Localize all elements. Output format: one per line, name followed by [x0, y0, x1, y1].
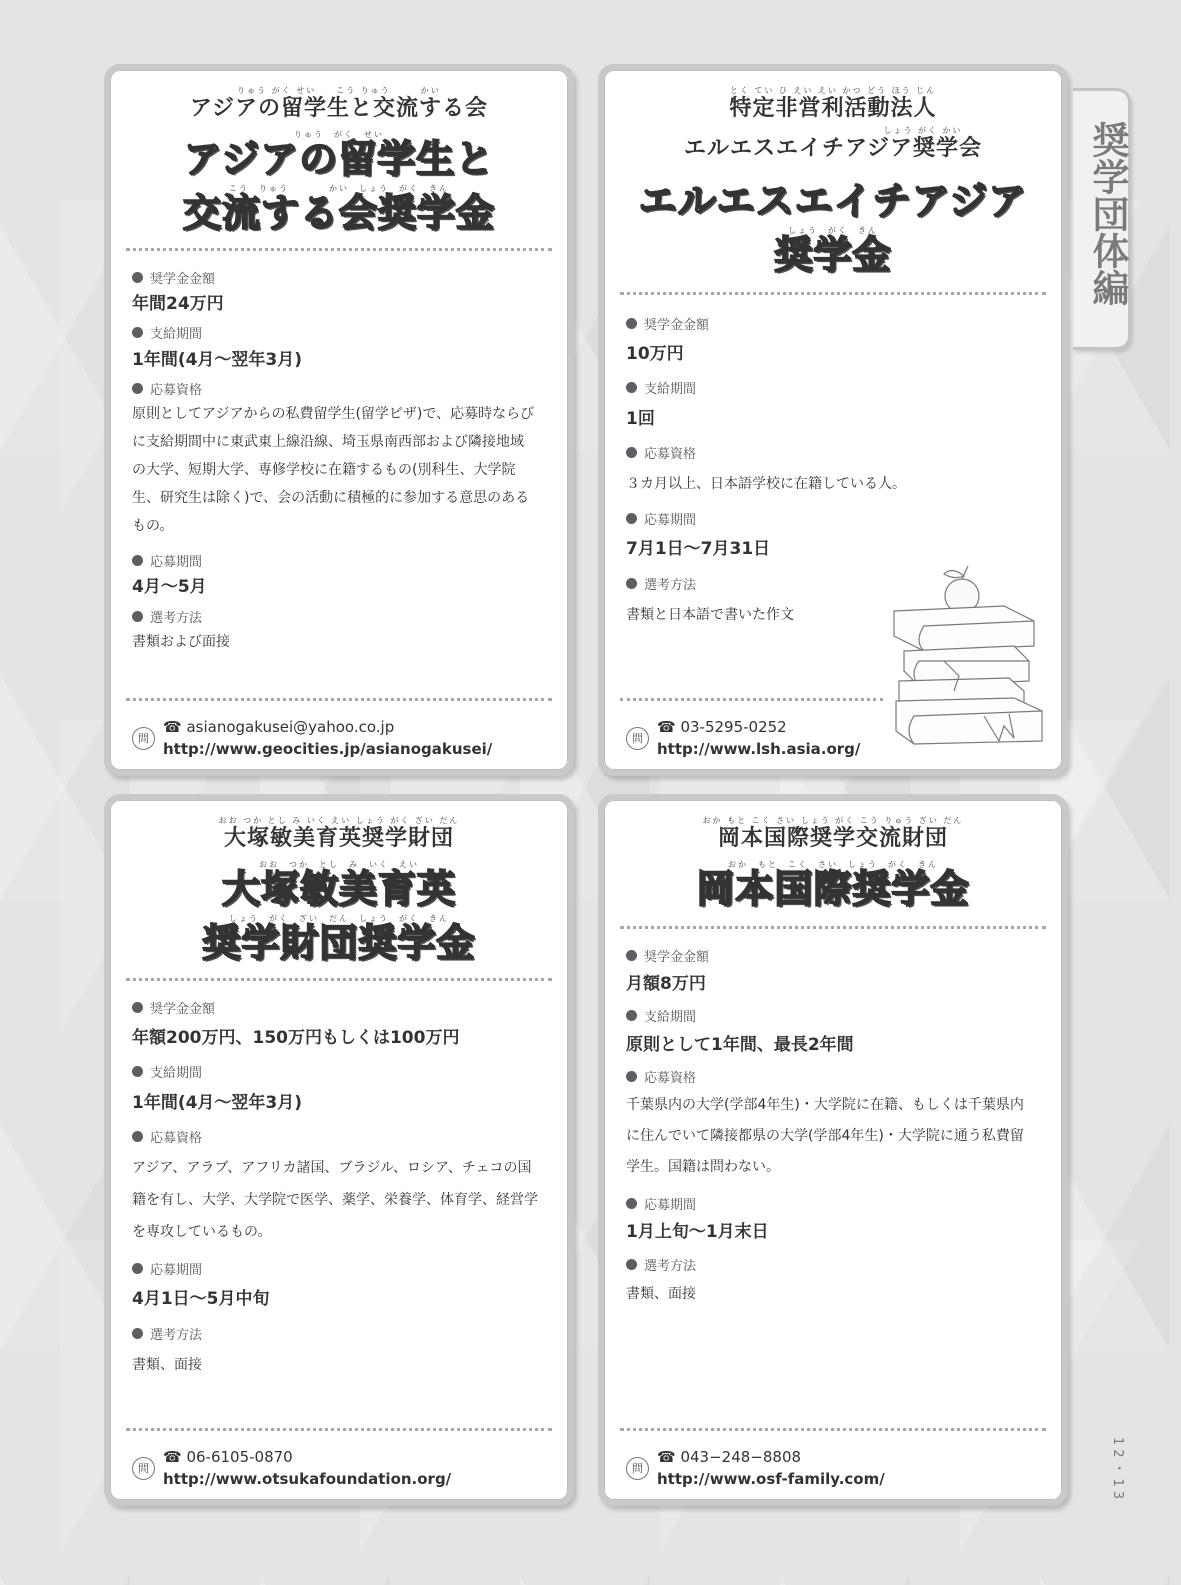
contact-phone[interactable]: ☎ 043−248−8808: [657, 1446, 885, 1468]
divider: [620, 926, 1046, 929]
bullet-icon: [626, 382, 637, 393]
contact-phone[interactable]: ☎ 06-6105-0870: [163, 1446, 451, 1468]
divider: [620, 292, 1046, 295]
period-value: 1回: [626, 398, 1040, 443]
bullet-icon: [626, 1071, 637, 1082]
scholarship-title: 岡本国際奨学金: [626, 870, 1040, 908]
bullet-icon: [626, 578, 637, 589]
bullet-icon: [132, 1328, 143, 1339]
contact-info: 問 ☎ 043−248−8808 http://www.osf-family.c…: [626, 1446, 1040, 1490]
amount-value: 年額200万円、150万円もしくは100万円: [132, 1017, 546, 1062]
bullet-icon: [132, 1263, 143, 1274]
org-name-line-1: 特定非営利活動法人: [626, 98, 1040, 120]
application-period-label: 応募期間: [132, 550, 546, 570]
eligibility-value: アジア、アラブ、アフリカ諸国、ブラジル、ロシア、チェコの国籍を有し、大学、大学院…: [132, 1146, 546, 1258]
contact-info: 問 ☎ asianogakusei@yahoo.co.jp http://www…: [132, 716, 546, 760]
website-link[interactable]: http://www.osf-family.com/: [657, 1468, 885, 1490]
inquiry-badge-icon: 問: [132, 727, 155, 750]
selection-label: 選考方法: [626, 1254, 1040, 1274]
bullet-icon: [626, 1010, 637, 1021]
phone-icon: ☎: [657, 718, 676, 736]
scholarship-card-okamoto: おか もと こく さい しょう がく こう りゅう ざい だん 岡本国際奨学交流…: [598, 794, 1068, 1506]
period-label: 支給期間: [132, 323, 546, 343]
bullet-icon: [132, 383, 143, 394]
contact-info: 問 ☎ 06-6105-0870 http://www.otsukafounda…: [132, 1446, 546, 1490]
divider: [126, 978, 552, 981]
divider: [126, 248, 552, 251]
bullet-icon: [132, 327, 143, 338]
website-link[interactable]: http://www.lsh.asia.org/: [657, 738, 860, 760]
scholarship-title-line-2: 奨学財団奨学金: [132, 924, 546, 962]
bullet-icon: [132, 555, 143, 566]
phone-icon: ☎: [163, 718, 182, 736]
eligibility-value: 千葉県内の大学(学部4年生)・大学院に在籍、もしくは千葉県内に住んでいて隣接都県…: [626, 1086, 1040, 1193]
bullet-icon: [132, 1066, 143, 1077]
divider: [126, 698, 552, 701]
eligibility-label: 応募資格: [132, 378, 546, 398]
period-label: 支給期間: [132, 1062, 546, 1082]
selection-label: 選考方法: [132, 606, 546, 626]
org-ruby: とく てい ひ えい えい かつ どう ほう じん: [626, 86, 1040, 96]
period-label: 支給期間: [626, 378, 1040, 398]
eligibility-value: ３カ月以上、日本語学校に在籍している人。: [626, 462, 1040, 508]
contact-email[interactable]: ☎ asianogakusei@yahoo.co.jp: [163, 716, 492, 738]
inquiry-badge-icon: 問: [626, 727, 649, 750]
bullet-icon: [132, 272, 143, 283]
period-value: 原則として1年間、最長2年間: [626, 1026, 1040, 1067]
section-tab-label: 奨学団体編: [1073, 121, 1128, 306]
website-link[interactable]: http://www.geocities.jp/asianogakusei/: [163, 738, 492, 760]
divider: [620, 1428, 1046, 1431]
amount-value: 月額8万円: [626, 965, 1040, 1006]
org-name-line-2: エルエスエイチアジア奨学会: [626, 138, 1040, 160]
bullet-icon: [626, 950, 637, 961]
org-name: アジアの留学生と交流する会: [132, 98, 546, 120]
application-period-label: 応募期間: [132, 1258, 546, 1278]
org-ruby: りゅう がく せい こう りゅう かい: [132, 86, 546, 96]
eligibility-label: 応募資格: [626, 1066, 1040, 1086]
contact-phone[interactable]: ☎ 03-5295-0252: [657, 716, 860, 738]
org-ruby: おお つか とし み いく えい しょう がく ざい だん: [132, 816, 546, 826]
amount-label: 奨学金金額: [626, 945, 1040, 965]
amount-value: 年間24万円: [132, 287, 546, 323]
divider: [126, 1428, 552, 1431]
eligibility-label: 応募資格: [626, 442, 1040, 462]
scholarship-card-lsh-asia: とく てい ひ えい えい かつ どう ほう じん 特定非営利活動法人 しょう …: [598, 64, 1068, 776]
website-link[interactable]: http://www.otsukafoundation.org/: [163, 1468, 451, 1490]
application-period-label: 応募期間: [626, 508, 1040, 528]
scholarship-title-line-1: エルエスエイチアジア: [626, 182, 1040, 220]
amount-label: 奨学金金額: [132, 267, 546, 287]
period-value: 1年間(4月〜翌年3月): [132, 1082, 546, 1127]
org-name: 岡本国際奨学交流財団: [626, 828, 1040, 850]
amount-label: 奨学金金額: [626, 313, 1040, 333]
org-ruby: おか もと こく さい しょう がく こう りゅう ざい だん: [626, 816, 1040, 826]
scholarship-title-line-2: 交流する会奨学金: [132, 194, 546, 232]
bullet-icon: [132, 1002, 143, 1013]
bullet-icon: [626, 318, 637, 329]
eligibility-value: 原則としてアジアからの私費留学生(留学ビザ)で、応募時ならびに支給期間中に東武東…: [132, 398, 546, 546]
bullet-icon: [626, 1198, 637, 1209]
divider: [620, 698, 883, 701]
scholarship-card-asia-exchange: りゅう がく せい こう りゅう かい アジアの留学生と交流する会 りゅう がく…: [104, 64, 574, 776]
phone-icon: ☎: [657, 1448, 676, 1466]
inquiry-badge-icon: 問: [626, 1457, 649, 1480]
scholarship-title-line-2: 奨学金: [626, 236, 1040, 274]
application-period-value: 4月〜5月: [132, 570, 546, 606]
eligibility-label: 応募資格: [132, 1126, 546, 1146]
selection-value: 書類、面接: [132, 1343, 546, 1385]
scholarship-title-line-1: アジアの留学生と: [132, 140, 546, 178]
org-name: 大塚敏美育英奨学財団: [132, 828, 546, 850]
amount-value: 10万円: [626, 333, 1040, 378]
period-label: 支給期間: [626, 1006, 1040, 1026]
section-tab: 奨学団体編: [1073, 88, 1131, 350]
contact-info: 問 ☎ 03-5295-0252 http://www.lsh.asia.org…: [626, 716, 1040, 760]
selection-value: 書類および面接: [132, 626, 546, 662]
application-period-label: 応募期間: [626, 1193, 1040, 1213]
page-number: 12・13: [1108, 1437, 1127, 1503]
bullet-icon: [626, 1259, 637, 1270]
selection-label: 選考方法: [132, 1323, 546, 1343]
bullet-icon: [132, 611, 143, 622]
scholarship-card-otsuka: おお つか とし み いく えい しょう がく ざい だん 大塚敏美育英奨学財団…: [104, 794, 574, 1506]
selection-value: 書類、面接: [626, 1274, 1040, 1314]
org-ruby: しょう がく かい: [626, 126, 1040, 136]
inquiry-badge-icon: 問: [132, 1457, 155, 1480]
amount-label: 奨学金金額: [132, 997, 546, 1017]
application-period-value: 1月上旬〜1月末日: [626, 1213, 1040, 1254]
scholarship-title-line-1: 大塚敏美育英: [132, 870, 546, 908]
application-period-value: 4月1日〜5月中旬: [132, 1278, 546, 1323]
bullet-icon: [626, 447, 637, 458]
phone-icon: ☎: [163, 1448, 182, 1466]
bullet-icon: [626, 513, 637, 524]
bullet-icon: [132, 1131, 143, 1142]
period-value: 1年間(4月〜翌年3月): [132, 343, 546, 379]
